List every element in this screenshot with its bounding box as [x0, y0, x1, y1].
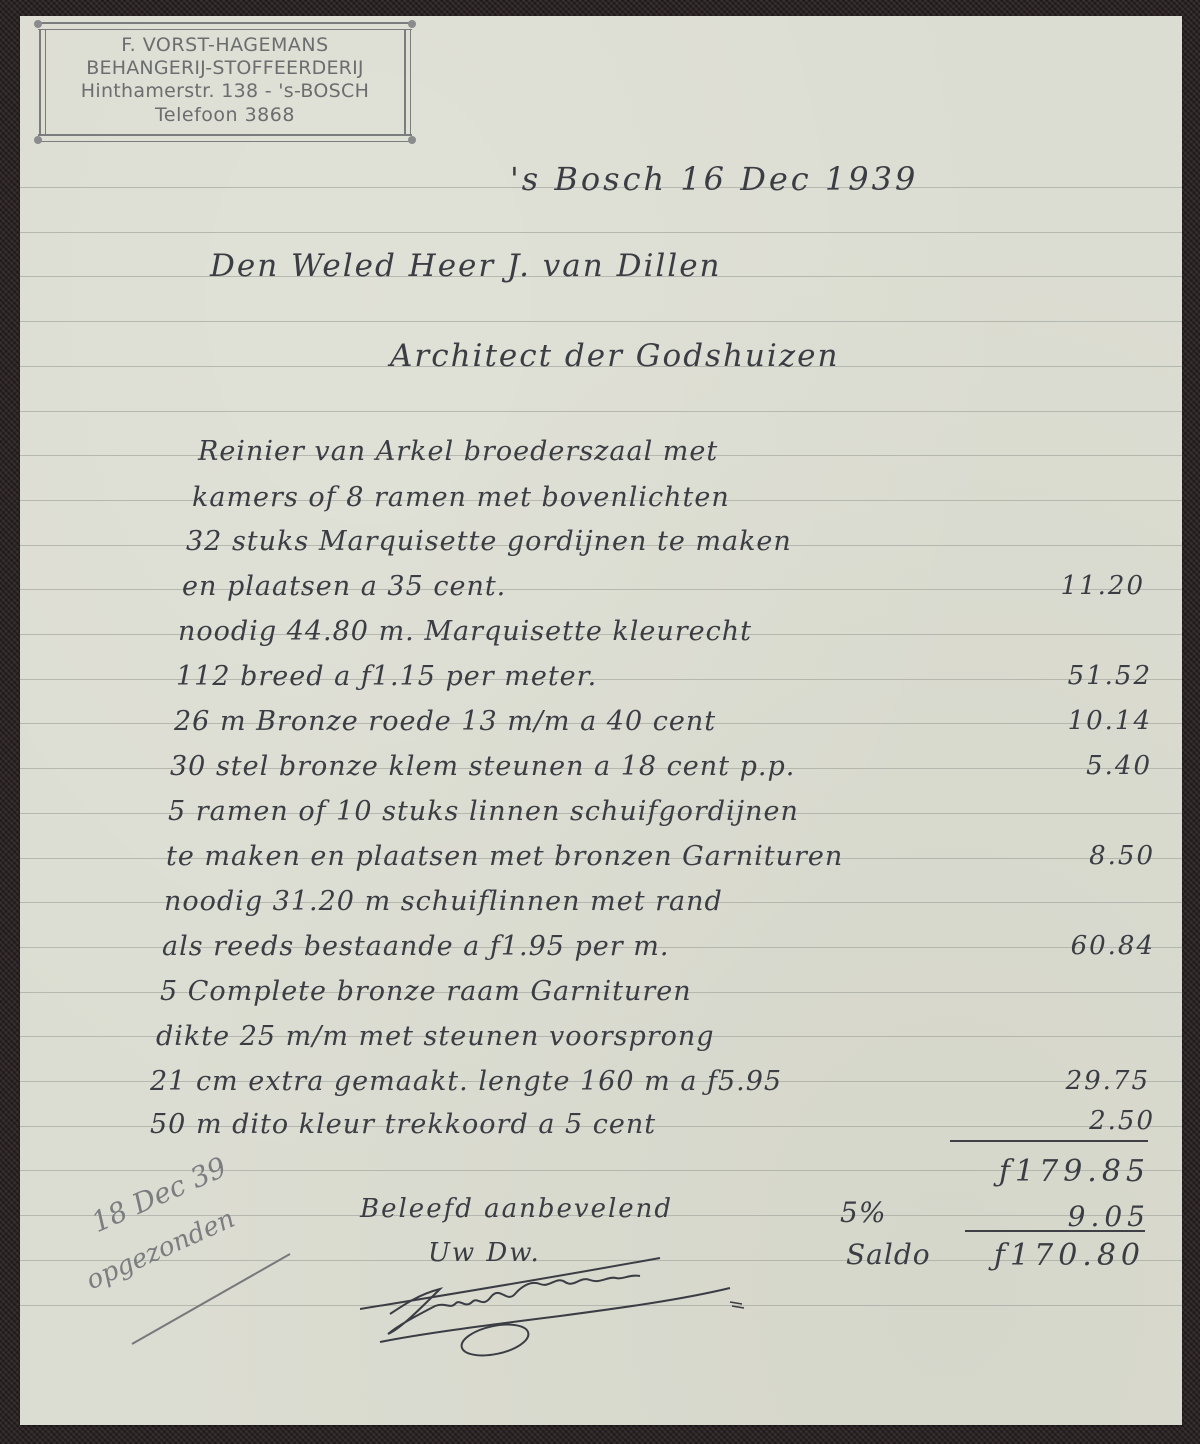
item-text: noodig 31.20 m schuiflinnen met rand	[164, 886, 723, 917]
item-text: 21 cm extra gemaakt. lengte 160 m a ƒ5.9…	[150, 1066, 782, 1097]
subtotal: ƒ179.85	[960, 1154, 1150, 1189]
item-amount: 60.84	[1015, 931, 1155, 961]
item-text: 26 m Bronze roede 13 m/m a 40 cent	[174, 706, 716, 737]
salutation: Den Weled Heer J. van Dillen	[210, 248, 722, 284]
pencil-underline-icon	[70, 1156, 330, 1356]
item-amount: 51.52	[1012, 661, 1152, 691]
balance-rule	[965, 1230, 1145, 1232]
item-text: en plaatsen a 35 cent.	[182, 571, 506, 602]
discount-label: 5%	[840, 1196, 886, 1229]
balance-label: Saldo	[846, 1238, 931, 1271]
stamp-corner-dot	[408, 136, 416, 144]
place-date: 's Bosch 16 Dec 1939	[510, 160, 918, 198]
item-amount: 2.50	[1015, 1106, 1155, 1136]
item-amount: 5.40	[1012, 751, 1152, 781]
company-trade: BEHANGERIJ-STOFFEERDERIJ	[30, 57, 420, 79]
recipient-title: Architect der Godshuizen	[390, 338, 839, 374]
item-text: Reinier van Arkel broederszaal met	[198, 436, 718, 467]
ruled-line	[20, 232, 1182, 233]
item-text: dikte 25 m/m met steunen voorsprong	[156, 1021, 715, 1052]
item-amount: 8.50	[1015, 841, 1155, 871]
subtotal-rule	[950, 1140, 1148, 1142]
item-amount: 29.75	[1010, 1066, 1150, 1096]
item-text: 50 m dito kleur trekkoord a 5 cent	[150, 1109, 656, 1140]
item-amount: 10.14	[1012, 706, 1152, 736]
item-text: noodig 44.80 m. Marquisette kleurecht	[178, 616, 752, 647]
closing-line: Beleefd aanbevelend	[360, 1194, 673, 1224]
balance-amount: ƒ170.80	[945, 1238, 1145, 1273]
company-phone: Telefoon 3868	[30, 104, 420, 126]
item-text: 32 stuks Marquisette gordijnen te maken	[186, 526, 792, 557]
item-text: 5 Complete bronze raam Garnituren	[160, 976, 692, 1007]
item-text: als reeds bestaande a ƒ1.95 per m.	[162, 931, 669, 962]
discount-amount: 9.05	[1010, 1200, 1150, 1233]
company-name: F. VORST-HAGEMANS	[30, 34, 420, 56]
stamp-corner-dot	[34, 136, 42, 144]
stamp-frame-bottom	[38, 134, 412, 142]
item-text: 30 stel bronze klem steunen a 18 cent p.…	[170, 751, 795, 782]
signature: F. Vorst-Hagemans	[360, 1254, 780, 1364]
invoice-paper: F. VORST-HAGEMANS BEHANGERIJ-STOFFEERDER…	[20, 16, 1182, 1425]
item-text: 5 ramen of 10 stuks linnen schuifgordijn…	[168, 796, 799, 827]
ruled-line	[20, 321, 1182, 322]
pencil-note: 18 Dec 39 opgezonden	[70, 1156, 330, 1356]
stamp-corner-dot	[408, 20, 416, 28]
stamp-frame-top	[38, 22, 412, 30]
stamp-corner-dot	[34, 20, 42, 28]
item-text: te maken en plaatsen met bronzen Garnitu…	[166, 841, 843, 872]
company-address: Hinthamerstr. 138 - 's-BOSCH	[30, 80, 420, 102]
item-text: kamers of 8 ramen met bovenlichten	[192, 482, 730, 513]
item-text: 112 breed a ƒ1.15 per meter.	[176, 661, 597, 692]
letterhead-stamp: F. VORST-HAGEMANS BEHANGERIJ-STOFFEERDER…	[30, 18, 420, 146]
item-amount: 11.20	[1005, 571, 1145, 601]
signature-flourish-icon	[360, 1254, 780, 1364]
ruled-line	[20, 411, 1182, 412]
